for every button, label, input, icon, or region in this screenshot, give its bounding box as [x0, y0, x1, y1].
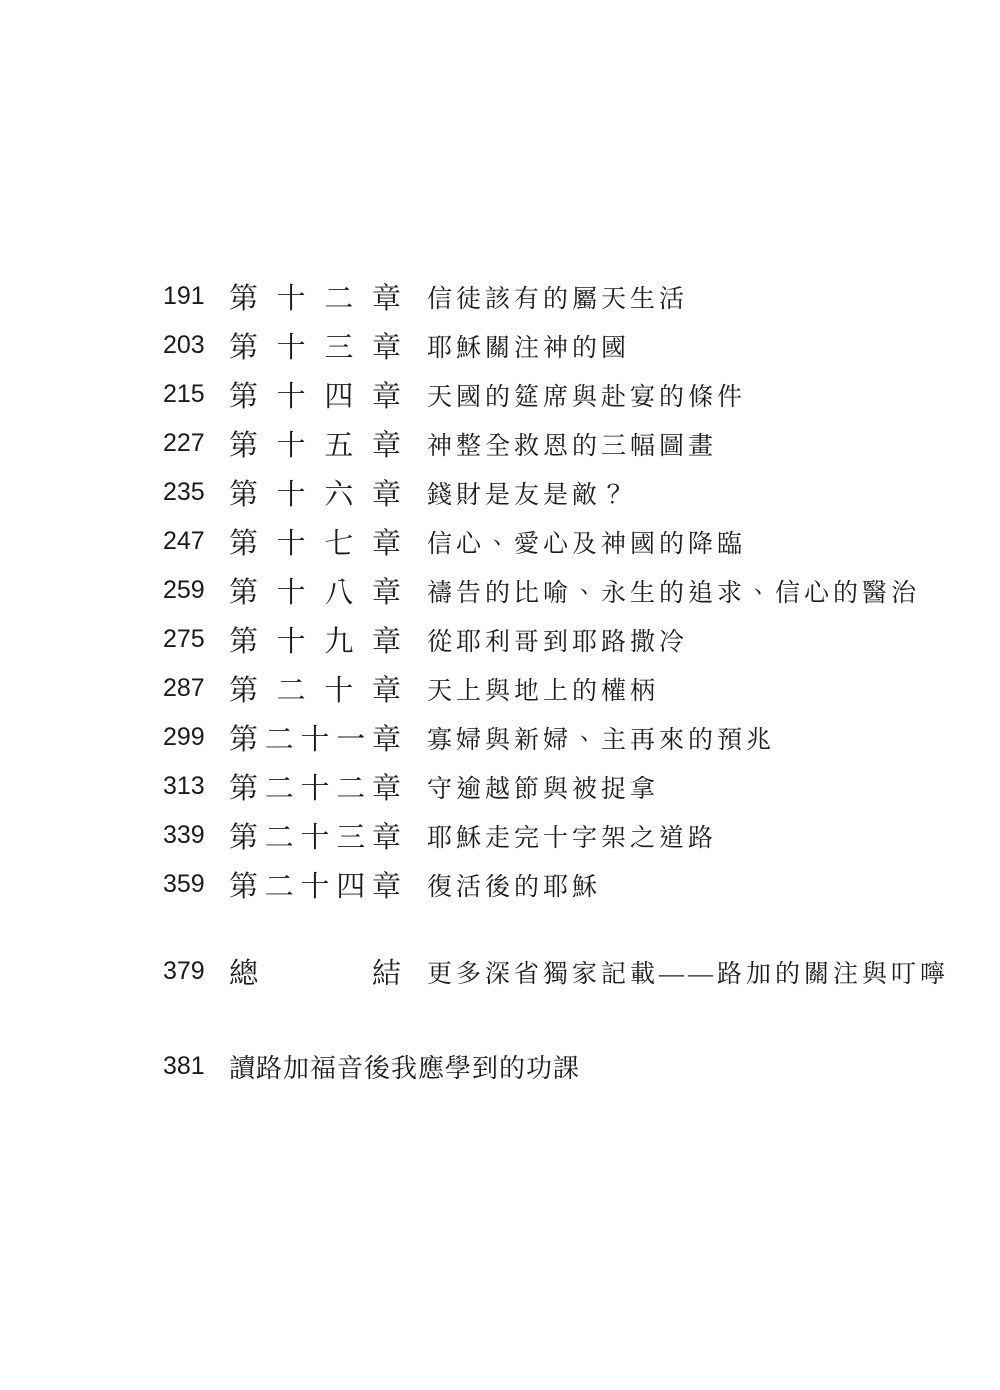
- toc-page: 191 第十二章 信徒該有的屬天生活 203 第十三章 耶穌關注神的國 215 …: [0, 0, 1000, 1390]
- entry-title: 守逾越節與被捉拿: [427, 769, 659, 805]
- chapter-label: 第十七章: [229, 521, 401, 562]
- entry-title: 更多深省獨家記載——路加的關注與叮嚀: [427, 954, 949, 990]
- entry-title: 錢財是友是敵？: [427, 475, 630, 511]
- entry-title: 復活後的耶穌: [427, 867, 601, 903]
- chapter-label: 第二十二章: [229, 766, 401, 807]
- chapter-label: 第十八章: [229, 570, 401, 611]
- page-number: 247: [163, 527, 207, 556]
- page-number: 259: [163, 576, 207, 605]
- page-number: 235: [163, 478, 207, 507]
- entry-title: 從耶利哥到耶路撒冷: [427, 622, 688, 658]
- page-number: 227: [163, 429, 207, 458]
- entry-title: 信心、愛心及神國的降臨: [427, 524, 746, 560]
- chapter-label: 第十四章: [229, 374, 401, 415]
- entry-title: 耶穌關注神的國: [427, 328, 630, 364]
- page-number: 359: [163, 870, 207, 899]
- chapter-label: 第二十四章: [229, 864, 401, 905]
- chapter-label: 總結: [229, 951, 401, 992]
- page-number: 339: [163, 821, 207, 850]
- entry-title: 天上與地上的權柄: [427, 671, 659, 707]
- closing-title: 讀路加福音後我應學到的功課: [229, 1048, 580, 1085]
- toc-entry: 203 第十三章 耶穌關注神的國: [163, 321, 949, 370]
- page-number: 313: [163, 772, 207, 801]
- toc-entry: 299 第二十一章 寡婦與新婦、主再來的預兆: [163, 713, 949, 762]
- page-number: 381: [163, 1052, 207, 1081]
- toc-entry: 235 第十六章 錢財是友是敵？: [163, 468, 949, 517]
- entry-title: 寡婦與新婦、主再來的預兆: [427, 720, 775, 756]
- chapter-label: 第十三章: [229, 325, 401, 366]
- page-number: 287: [163, 674, 207, 703]
- toc-closing-entry: 381 讀路加福音後我應學到的功課: [163, 1042, 949, 1091]
- toc-entry: 215 第十四章 天國的筵席與赴宴的條件: [163, 370, 949, 419]
- toc-entry: 259 第十八章 禱告的比喻、永生的追求、信心的醫治: [163, 566, 949, 615]
- page-number: 299: [163, 723, 207, 752]
- toc-entry: 313 第二十二章 守逾越節與被捉拿: [163, 762, 949, 811]
- chapter-label: 第十五章: [229, 423, 401, 464]
- toc-entry: 287 第二十章 天上與地上的權柄: [163, 664, 949, 713]
- chapter-label: 第二十章: [229, 668, 401, 709]
- page-number: 275: [163, 625, 207, 654]
- toc-entry: 359 第二十四章 復活後的耶穌: [163, 860, 949, 909]
- toc-list: 191 第十二章 信徒該有的屬天生活 203 第十三章 耶穌關注神的國 215 …: [163, 272, 949, 1091]
- page-number: 215: [163, 380, 207, 409]
- page-number: 203: [163, 331, 207, 360]
- toc-entry: 247 第十七章 信心、愛心及神國的降臨: [163, 517, 949, 566]
- toc-entry: 191 第十二章 信徒該有的屬天生活: [163, 272, 949, 321]
- entry-title: 耶穌走完十字架之道路: [427, 818, 717, 854]
- page-number: 379: [163, 957, 207, 986]
- chapter-label: 第十二章: [229, 276, 401, 317]
- toc-entry: 275 第十九章 從耶利哥到耶路撒冷: [163, 615, 949, 664]
- entry-title: 天國的筵席與赴宴的條件: [427, 377, 746, 413]
- toc-entry: 227 第十五章 神整全救恩的三幅圖畫: [163, 419, 949, 468]
- chapter-label: 第二十一章: [229, 717, 401, 758]
- chapter-label: 第十九章: [229, 619, 401, 660]
- entry-title: 神整全救恩的三幅圖畫: [427, 426, 717, 462]
- toc-summary-entry: 379 總結 更多深省獨家記載——路加的關注與叮嚀: [163, 947, 949, 996]
- page-number: 191: [163, 282, 207, 311]
- entry-title: 禱告的比喻、永生的追求、信心的醫治: [427, 573, 920, 609]
- chapter-label: 第十六章: [229, 472, 401, 513]
- chapter-label: 第二十三章: [229, 815, 401, 856]
- entry-title: 信徒該有的屬天生活: [427, 279, 688, 315]
- toc-entry: 339 第二十三章 耶穌走完十字架之道路: [163, 811, 949, 860]
